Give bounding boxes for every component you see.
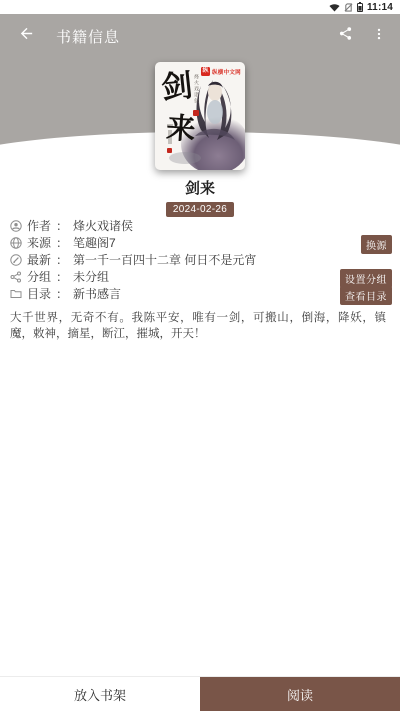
share-button[interactable]: [328, 16, 362, 56]
source-label: 来源: [27, 234, 51, 251]
view-catalog-button[interactable]: 查看目录: [340, 286, 392, 305]
book-info-screen: 11:14 书籍信息: [0, 0, 400, 711]
back-button[interactable]: [6, 16, 46, 56]
latest-value: 第一千一百四十二章 何日不是元宵: [73, 251, 256, 268]
group-value: 未分组: [73, 268, 109, 285]
book-cover[interactable]: 纵 纵横中文网 剑 来 烽火戏诸侯: [155, 62, 245, 170]
book-title: 剑来: [0, 177, 400, 198]
book-info-list: 作者：烽火戏诸侯 来源：笔趣阁7 换源 最新：第一千一百四十二章 何日不是元宵: [10, 217, 392, 302]
battery-icon: [357, 2, 363, 12]
no-sim-icon: [344, 3, 353, 12]
update-date-badge: 2024-02-26: [166, 202, 234, 217]
catalog-row: 目录：新书感言 查看目录: [10, 285, 392, 302]
book-description: 大千世界，无奇不有。我陈平安，唯有一剑，可搬山，倒海，降妖，镇魔，敕神，摘星，断…: [10, 311, 386, 342]
latest-icon: [10, 254, 22, 266]
cover-author-byline: 烽火戏诸侯: [193, 74, 200, 104]
latest-label: 最新: [27, 251, 51, 268]
add-to-shelf-button[interactable]: 放入书架: [0, 677, 200, 711]
group-label: 分组: [27, 268, 51, 285]
author-icon: [10, 220, 22, 232]
source-value: 笔趣阁7: [73, 234, 116, 251]
status-bar: 11:14: [0, 0, 400, 14]
catalog-icon: [10, 288, 22, 300]
group-row: 分组：未分组 设置分组: [10, 268, 392, 285]
latest-chapter-row: 最新：第一千一百四十二章 何日不是元宵: [10, 251, 392, 268]
author-value: 烽火戏诸侯: [73, 217, 133, 234]
bottom-action-bar: 放入书架 阅读: [0, 676, 400, 711]
author-row: 作者：烽火戏诸侯: [10, 217, 392, 234]
source-icon: [10, 237, 22, 249]
share-icon: [338, 26, 353, 46]
page-title: 书籍信息: [56, 26, 328, 47]
cover-title-calligraphy: 剑 来: [160, 70, 194, 144]
catalog-label: 目录: [27, 285, 51, 302]
read-button[interactable]: 阅读: [200, 677, 400, 711]
status-time: 11:14: [367, 2, 393, 13]
overflow-menu-icon: [372, 26, 386, 47]
back-icon: [18, 25, 35, 47]
source-row: 来源：笔趣阁7 换源: [10, 234, 392, 251]
group-icon: [10, 271, 22, 283]
wifi-icon: [329, 3, 340, 12]
cover-seal-stamp: [193, 110, 199, 116]
catalog-value: 新书感言: [73, 285, 121, 302]
cover-seal-stamp-2: [167, 148, 172, 153]
app-bar: 书籍信息: [0, 14, 400, 58]
author-label: 作者: [27, 217, 51, 234]
overflow-menu-button[interactable]: [362, 16, 396, 56]
